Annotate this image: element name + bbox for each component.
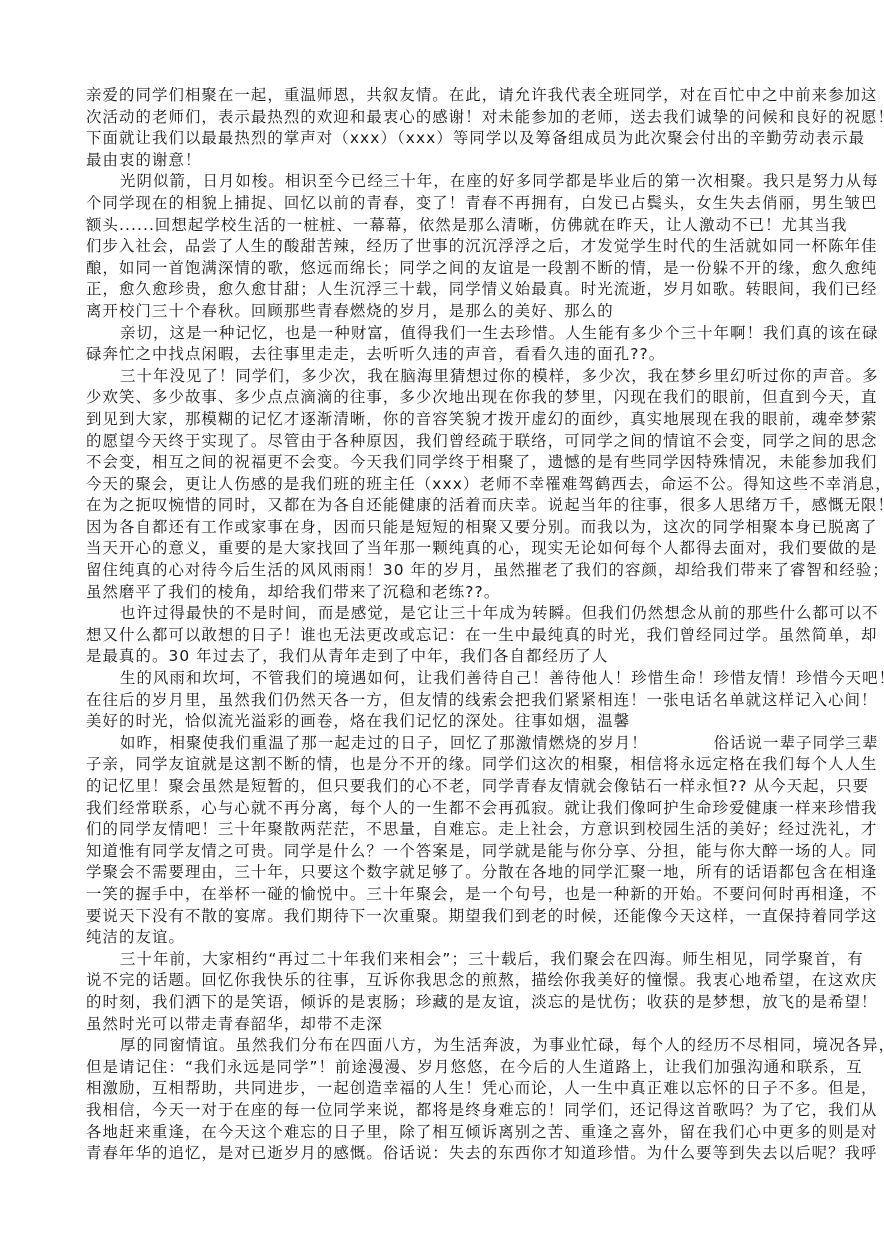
text-line: 青春年华的追忆，是对已逝岁月的感慨。俗话说：失去的东西你才知道珍惜。为什么要等到… xyxy=(86,1143,806,1165)
text-line: 个同学现在的相貌上捕捉、回忆以前的青春，变了！青春不再拥有，白发已占鬓头，女生失… xyxy=(86,193,806,215)
text-line: 也许过得最快的不是时间，而是感觉，是它让三十年成为转瞬。但我们仍然想念从前的那些… xyxy=(86,603,806,625)
text-line: 但是请记住：“我们永远是同学”！前途漫漫、岁月悠悠，在今后的人生道路上，让我们加… xyxy=(86,1057,806,1079)
text-line: 虽然时光可以带走青春韶华，却带不走深 xyxy=(86,1014,806,1036)
text-line: 我相信，今天一对于在座的每一位同学来说，都将是终身难忘的！同学们，还记得这首歌吗… xyxy=(86,1100,806,1122)
text-line: 相激励，互相帮助，共同进步，一起创造幸福的人生！凭心而论，人一生中真正难以忘怀的… xyxy=(86,1078,806,1100)
text-line: 们的同学友情吧！三十年聚散两茫茫，不思量，自难忘。走上社会，方意识到校园生活的美… xyxy=(86,819,806,841)
text-line: 亲切，这是一种记忆，也是一种财富，值得我们一生去珍惜。人生能有多少个三十年啊！我… xyxy=(86,323,806,345)
text-line: 三十年没见了！同学们，多少次，我在脑海里猜想过你的模样，多少次，我在梦乡里幻听过… xyxy=(86,366,806,388)
text-line: 次活动的老师们，表示最热烈的欢迎和最衷心的感谢！对未能参加的老师，送去我们诚挚的… xyxy=(86,107,806,129)
text-line: 到见到大家，那模糊的记忆才逐渐清晰，你的音容笑貌才拨开虚幻的面纱，真实地展现在我… xyxy=(86,409,806,431)
text-line: 光阴似箭，日月如梭。相识至今已经三十年，在座的好多同学都是毕业后的第一次相聚。我… xyxy=(86,171,806,193)
text-line: 今天的聚会，更让人伤感的是我们班的班主任（xxx）老师不幸罹难驾鹤西去，命运不公… xyxy=(86,474,806,496)
text-line: 我们经常联系，心与心就不再分离，每个人的一生都不会再孤寂。就让我们像呵护生命珍爱… xyxy=(86,798,806,820)
text-line: 不会变，相互之间的祝福更不会变。今天我们同学终于相聚了，遗憾的是有些同学因特殊情… xyxy=(86,452,806,474)
text-line: 因为各自都还有工作或家事在身，因而只能是短短的相聚又要分别。而我以为，这次的同学… xyxy=(86,517,806,539)
text-line: 要说天下没有不散的宴席。我们期待下一次重聚。期望我们到老的时候，还能像今天这样，… xyxy=(86,906,806,928)
text-line: 最由衷的谢意！ xyxy=(86,150,806,172)
text-line: 在往后的岁月里，虽然我们仍然天各一方，但友情的线索会把我们紧紧相连！一张电话名单… xyxy=(86,690,806,712)
text-line: 虽然磨平了我们的棱角，却给我们带来了沉稳和老练??。 xyxy=(86,582,806,604)
text-line: 是最真的。30 年过去了，我们从青年走到了中年，我们各自都经历了人 xyxy=(86,646,806,668)
text-line: 子亲，同学友谊就是这割不断的情，也是分不开的缘。同学们这次的相聚，相信将永远定格… xyxy=(86,754,806,776)
text-line: 离开校门三十个春秋。回顾那些青春燃烧的岁月，是那么的美好、那么的 xyxy=(86,301,806,323)
text-line: 一笑的握手中，在举杯一碰的愉悦中。三十年聚会，是一个句号，也是一种新的开始。不要… xyxy=(86,884,806,906)
text-line: 美好的时光，恰似流光溢彩的画卷，烙在我们记忆的深处。往事如烟，温馨 xyxy=(86,711,806,733)
text-line: 的愿望今天终于实现了。尽管由于各种原因，我们曾经疏于联络，可同学之间的情谊不会变… xyxy=(86,431,806,453)
text-line: 的记忆里！聚会虽然是短暂的，但只要我们的心不老，同学青春友情就会像钻石一样永恒?… xyxy=(86,776,806,798)
text-line: 纯洁的友谊。 xyxy=(86,927,806,949)
text-line: 生的风雨和坎坷，不管我们的境遇如何，让我们善待自己！善待他人！珍惜生命！珍惜友情… xyxy=(86,668,806,690)
document-body: 亲爱的同学们相聚在一起，重温师恩，共叙友情。在此，请允许我代表全班同学，对在百忙… xyxy=(86,85,806,1165)
text-line: 碌奔忙之中找点闲暇，去往事里走走，去听听久违的声音，看看久违的面孔??。 xyxy=(86,344,806,366)
text-line: 想又什么都可以敢想的日子！谁也无法更改或忘记：在一生中最纯真的时光，我们曾经同过… xyxy=(86,625,806,647)
text-line: 的时刻，我们洒下的是笑语，倾诉的是衷肠；珍藏的是友谊，淡忘的是忧伤；收获的是梦想… xyxy=(86,992,806,1014)
text-line: 额头......回想起学校生活的一桩桩、一幕幕，依然是那么清晰，仿佛就在昨天，让… xyxy=(86,215,806,237)
text-line: 下面就让我们以最最热烈的掌声对（xxx）（xxx）等同学以及筹备组成员为此次聚会… xyxy=(86,128,806,150)
text-line: 如昨，相聚使我们重温了那一起走过的日子，回忆了那激情燃烧的岁月！ 俗话说一辈子同… xyxy=(86,733,806,755)
text-line: 在为之扼叹惋惜的同时，又都在为各自还能健康的活着而庆幸。说起当年的往事，很多人思… xyxy=(86,495,806,517)
text-line: 学聚会不需要理由，三十年，只要这个数字就足够了。分散在各地的同学汇聚一地，所有的… xyxy=(86,862,806,884)
text-line: 当天开心的意义，重要的是大家找回了当年那一颗纯真的心，现实无论如何每个人都得去面… xyxy=(86,538,806,560)
text-line: 留住纯真的心对待今后生活的风风雨雨！30 年的岁月，虽然摧老了我们的容颜，却给我… xyxy=(86,560,806,582)
text-line: 各地赶来重逢，在今天这个难忘的日子里，除了相互倾诉离别之苦、重逢之喜外，留在我们… xyxy=(86,1122,806,1144)
text-line: 们步入社会，品尝了人生的酸甜苦辣，经历了世事的沉沉浮浮之后，才发觉学生时代的生活… xyxy=(86,236,806,258)
text-line: 亲爱的同学们相聚在一起，重温师恩，共叙友情。在此，请允许我代表全班同学，对在百忙… xyxy=(86,85,806,107)
text-line: 说不完的话题。回忆你我快乐的往事，互诉你我思念的煎熬，描绘你我美好的憧憬。我衷心… xyxy=(86,970,806,992)
text-line: 少欢笑、多少故事、多少点点滴滴的往事，多少次地出现在你我的梦里，闪现在我们的眼前… xyxy=(86,387,806,409)
text-line: 酿，如同一首饱满深情的歌，悠远而绵长；同学之间的友谊是一段割不断的情，是一份躲不… xyxy=(86,258,806,280)
text-line: 厚的同窗情谊。虽然我们分布在四面八方，为生活奔波，为事业忙碌，每个人的经历不尽相… xyxy=(86,1035,806,1057)
text-line: 三十年前，大家相约“再过二十年我们来相会”；三十载后，我们聚会在四海。师生相见，… xyxy=(86,949,806,971)
text-line: 正，愈久愈珍贵，愈久愈甘甜；人生沉浮三十载，同学情义始最真。时光流逝，岁月如歌。… xyxy=(86,279,806,301)
text-line: 知道惟有同学友情之可贵。同学是什么？一个答案是，同学就是能与你分享、分担，能与你… xyxy=(86,841,806,863)
